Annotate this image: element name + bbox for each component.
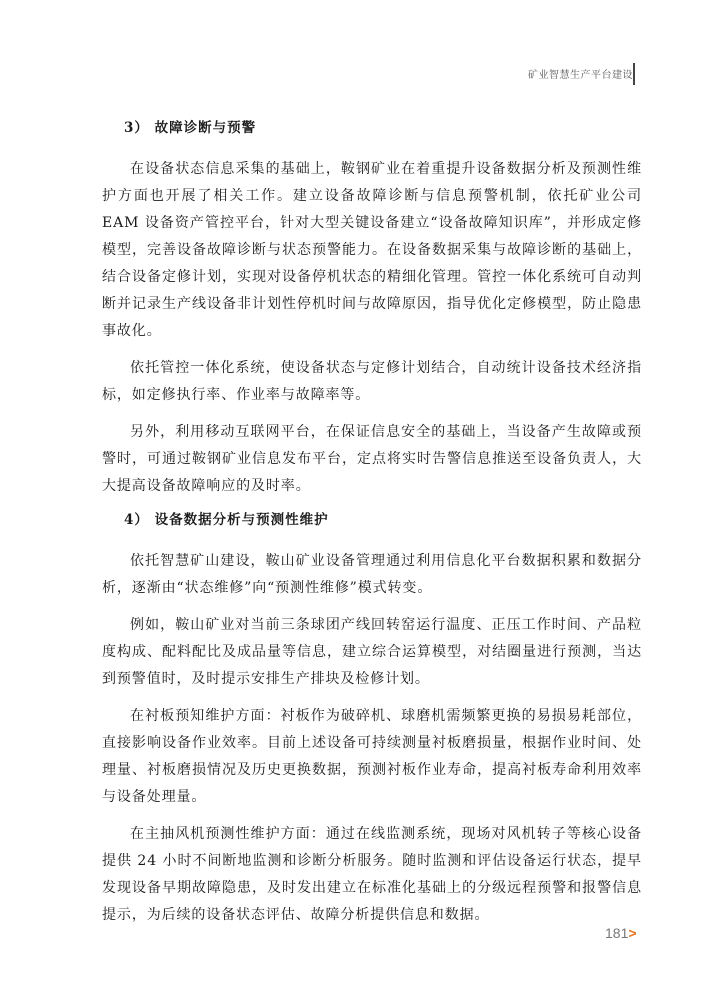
paragraph: 另外，利用移动互联网平台，在保证信息安全的基础上，当设备产生故障或预警时，可通过… [102,419,642,500]
paragraph: 依托智慧矿山建设，鞍山矿业设备管理通过利用信息化平台数据积累和数据分析，逐渐由“… [102,548,642,602]
paragraph: 在衬板预知维护方面：衬板作为破碎机、球磨机需频繁更换的易损易耗部位，直接影响设备… [102,703,642,811]
paragraph: 在主抽风机预测性维护方面：通过在线监测系统，现场对风机转子等核心设备提供 24 … [102,821,642,929]
next-arrow-icon: > [628,925,636,941]
paragraph: 在设备状态信息采集的基础上，鞍钢矿业在着重提升设备数据分析及预测性维护方面也开展… [102,156,642,345]
running-header-title: 矿业智慧生产平台建设 [528,66,633,81]
page-body: 3） 故障诊断与预警 在设备状态信息采集的基础上，鞍钢矿业在着重提升设备数据分析… [102,118,642,939]
section-heading-3: 3） 故障诊断与预警 [124,118,642,138]
header-divider [633,63,635,85]
page-number: 181> [605,925,637,941]
section-heading-4: 4） 设备数据分析与预测性维护 [124,510,642,530]
page-number-value: 181 [605,925,628,941]
paragraph: 例如，鞍山矿业对当前三条球团产线回转窑运行温度、正压工作时间、产品粒度构成、配料… [102,612,642,693]
paragraph: 依托管控一体化系统，使设备状态与定修计划结合，自动统计设备技术经济指标，如定修执… [102,355,642,409]
